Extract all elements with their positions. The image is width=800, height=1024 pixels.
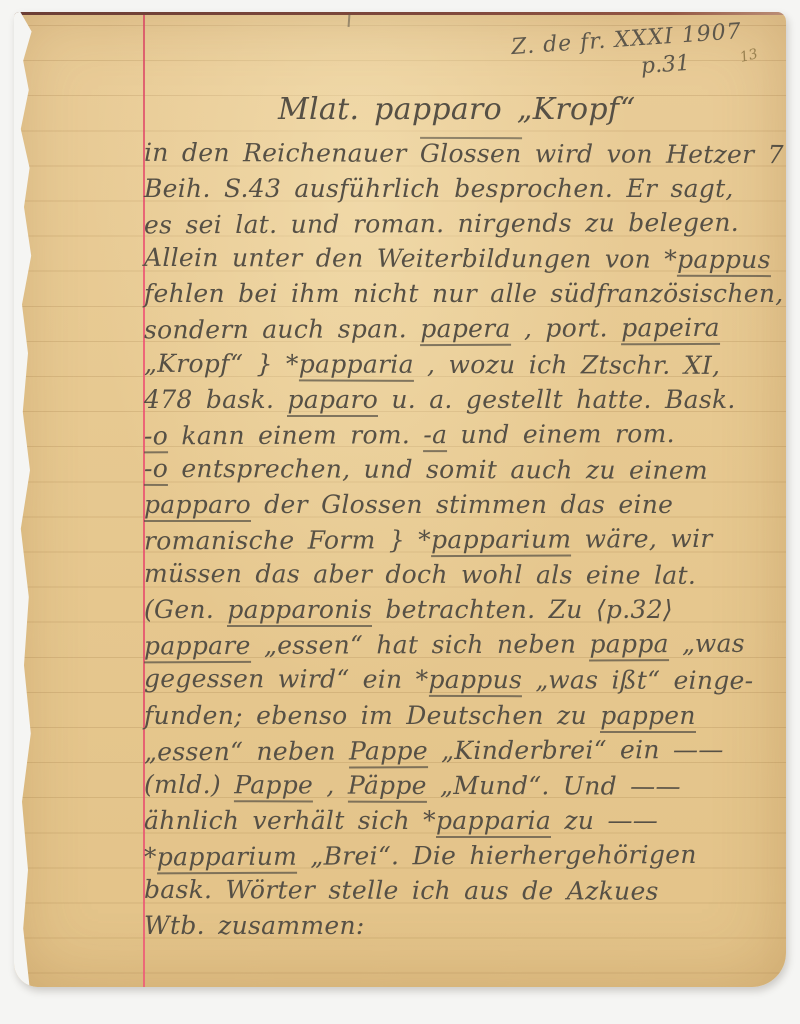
handwriting-segment: pappare — [144, 631, 251, 663]
handwriting-segment: Pappe — [234, 770, 313, 802]
manuscript-line: Allein unter den Weiterbildungen von *pa… — [144, 240, 780, 277]
handwriting-segment: müssen das aber doch wohl als eine lat. — [144, 559, 696, 590]
handwriting-segment: es sei lat. und roman. nirgends zu beleg… — [144, 208, 739, 240]
manuscript-line: Beih. S.43 ausführlich besprochen. Er sa… — [144, 171, 780, 206]
manuscript-text: Mlat. papparo „Kropf“ in den Reichenauer… — [144, 90, 780, 943]
handwriting-segment: fehlen bei ihm nicht nur alle südfranzös… — [144, 279, 783, 308]
handwriting-segment: pappa — [589, 629, 668, 661]
handwriting-segment: * — [144, 842, 157, 871]
handwriting-segment: Mlat. papparo „Kropf“ — [278, 92, 636, 127]
handwriting-segment: papparia — [436, 806, 551, 838]
torn-left-edge — [14, 12, 34, 987]
manuscript-lines: in den Reichenauer Glossen wird von Hetz… — [144, 136, 780, 943]
handwriting-segment: (Gen. — [144, 595, 227, 624]
handwriting-segment: zu —— — [551, 806, 658, 835]
handwriting-segment: „Mund“. Und —— — [427, 771, 681, 801]
manuscript-line: -o kann einem rom. -a und einem rom. — [144, 415, 780, 453]
handwriting-segment: -o — [144, 421, 168, 453]
handwriting-segment: „Brei“. Die hierhergehörigen — [297, 840, 697, 871]
handwriting-segment: papera — [420, 314, 511, 346]
handwriting-segment: Allein unter den Weiterbildungen von * — [144, 243, 677, 274]
handwriting-segment: Pappe — [349, 736, 428, 768]
manuscript-page: Z. de fr. XXXI 1907 p.31 13 Mlat. pappar… — [14, 12, 786, 987]
handwriting-segment: Glossen — [420, 137, 522, 168]
handwriting-segment: funden; ebenso im Deutschen zu — [144, 701, 600, 730]
manuscript-line: sondern auch span. papera , port. papeir… — [144, 310, 780, 348]
handwriting-segment: „was ißt“ einge- — [522, 666, 753, 696]
handwriting-segment: pappen — [600, 701, 696, 733]
manuscript-line: bask. Wörter stelle ich aus de Azkues — [144, 872, 780, 909]
handwriting-segment: papeira — [621, 313, 720, 345]
handwriting-segment: Wtb. zusammen: — [144, 911, 365, 940]
header-citation: Z. de fr. XXXI 1907 p.31 — [510, 17, 775, 89]
manuscript-line: „Kropf“ } *papparia , wozu ich Ztschr. X… — [144, 345, 780, 382]
handwriting-segment: (mld.) — [144, 770, 234, 799]
manuscript-line: ähnlich verhält sich *papparia zu —— — [144, 803, 780, 838]
handwriting-segment: 478 bask. — [144, 385, 287, 414]
manuscript-line: es sei lat. und roman. nirgends zu beleg… — [144, 205, 780, 243]
manuscript-line: funden; ebenso im Deutschen zu pappen — [144, 698, 780, 733]
handwriting-segment: papparia — [299, 349, 414, 381]
handwriting-segment: ähnlich verhält sich * — [144, 806, 436, 835]
handwriting-segment: pappus — [677, 245, 771, 277]
manuscript-line: -o entsprechen, und somit auch zu einem — [144, 451, 780, 488]
handwriting-segment: gegessen wird“ ein * — [144, 664, 429, 694]
handwriting-segment: papparium — [157, 842, 297, 875]
manuscript-line: 478 bask. paparo u. a. gestellt hatte. B… — [144, 382, 780, 417]
handwriting-segment: „essen“ hat sich neben — [251, 630, 590, 660]
manuscript-line: (Gen. papparonis betrachten. Zu ⟨p.32⟩ — [144, 592, 780, 627]
handwriting-segment: , wozu ich Ztschr. XI, — [414, 349, 721, 379]
handwriting-segment: und einem rom. — [447, 419, 675, 449]
handwriting-segment: pappus — [428, 665, 522, 697]
manuscript-line: fehlen bei ihm nicht nur alle südfranzös… — [144, 276, 780, 311]
handwriting-segment: papparonis — [227, 595, 372, 627]
handwriting-segment: , port. — [511, 314, 622, 343]
manuscript-line: Wtb. zusammen: — [144, 908, 780, 943]
handwriting-segment: papparium — [431, 525, 571, 558]
manuscript-line: müssen das aber doch wohl als eine lat. — [144, 556, 780, 593]
manuscript-line: gegessen wird“ ein *pappus „was ißt“ ein… — [144, 661, 780, 698]
manuscript-line: papparo der Glossen stimmen das eine — [144, 487, 780, 522]
handwriting-segment: „Kropf“ } * — [144, 348, 299, 378]
manuscript-line: „essen“ neben Pappe „Kinderbrei“ ein —— — [144, 731, 780, 769]
manuscript-line: *papparium „Brei“. Die hierhergehörigen — [144, 836, 780, 874]
handwriting-segment: „Kinderbrei“ ein —— — [428, 734, 724, 764]
handwriting-segment: sondern auch span. — [144, 315, 420, 345]
handwriting-segment: Beih. S.43 ausführlich besprochen. Er sa… — [144, 174, 734, 203]
handwriting-segment: romanische Form } * — [144, 525, 431, 555]
pencil-mark — [348, 14, 351, 27]
page-top-edge — [14, 12, 786, 15]
handwriting-segment: wird von Hetzer 7. — [522, 139, 786, 169]
handwriting-segment: , — [313, 770, 348, 799]
manuscript-line: pappare „essen“ hat sich neben pappa „wa… — [144, 626, 780, 664]
handwriting-segment: -a — [423, 420, 447, 452]
handwriting-segment: Päppe — [348, 770, 427, 802]
handwriting-segment: bask. Wörter stelle ich aus de Azkues — [144, 875, 659, 906]
handwriting-segment: „essen“ neben — [144, 736, 349, 766]
handwriting-segment: paparo — [287, 385, 378, 417]
handwriting-segment: betrachten. Zu ⟨p.32⟩ — [372, 595, 673, 624]
handwriting-segment: papparo — [144, 490, 251, 522]
handwriting-segment: der Glossen stimmen das eine — [251, 490, 673, 519]
manuscript-line: romanische Form } *papparium wäre, wir — [144, 521, 780, 559]
handwriting-segment: entsprechen, und somit auch zu einem — [168, 454, 708, 485]
handwriting-segment: -o — [144, 454, 168, 486]
handwriting-segment: kann einem rom. — [168, 420, 423, 450]
handwriting-segment: in den Reichenauer — [144, 138, 420, 168]
manuscript-line: (mld.) Pappe , Päppe „Mund“. Und —— — [144, 767, 780, 804]
handwriting-segment: u. a. gestellt hatte. Bask. — [378, 385, 736, 414]
manuscript-line: in den Reichenauer Glossen wird von Hetz… — [144, 135, 780, 172]
handwriting-segment: „was — [669, 629, 745, 658]
manuscript-title: Mlat. papparo „Kropf“ — [144, 90, 780, 136]
handwriting-segment: wäre, wir — [571, 524, 712, 554]
